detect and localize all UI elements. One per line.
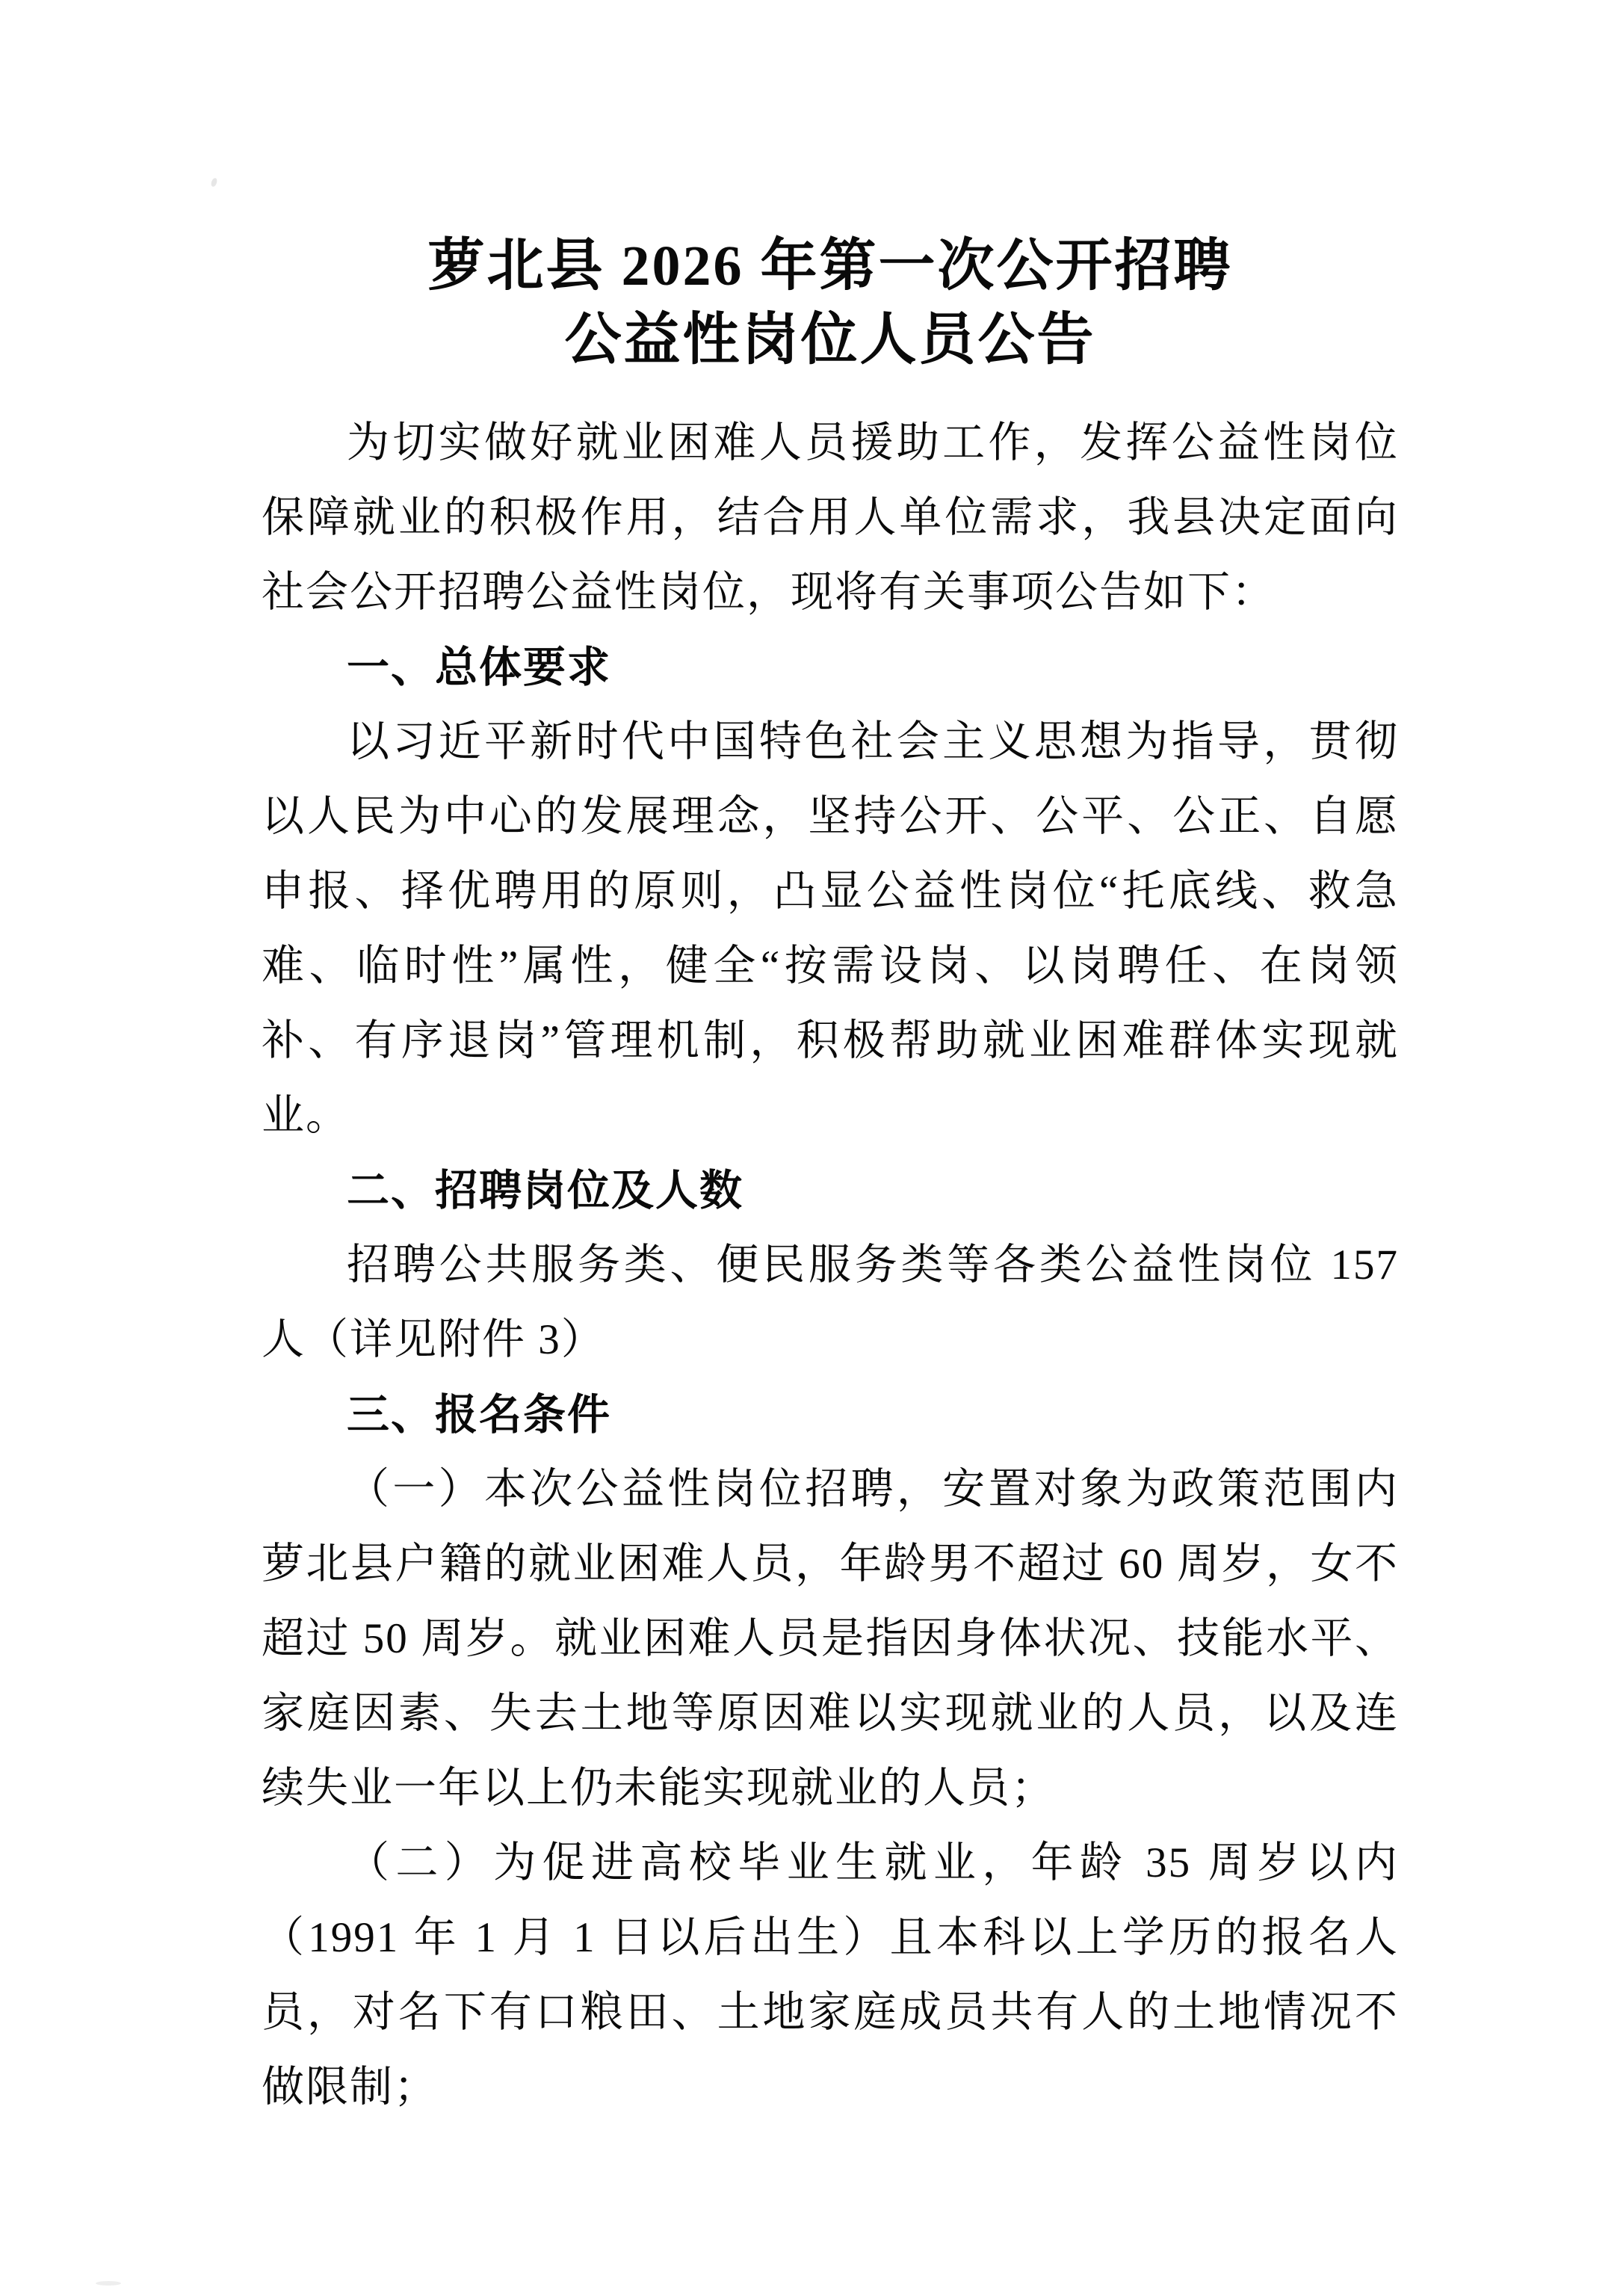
- paragraph-condition-1: （一）本次公益性岗位招聘，安置对象为政策范围内萝北县户籍的就业困难人员，年龄男不…: [262, 1452, 1399, 1826]
- scanned-document-page: 萝北县 2026 年第一次公开招聘 公益性岗位人员公告 为切实做好就业困难人员援…: [0, 0, 1623, 2296]
- paragraph-intro: 为切实做好就业困难人员援助工作，发挥公益性岗位保障就业的积极作用，结合用人单位需…: [262, 406, 1399, 630]
- document-title-line-2: 公益性岗位人员公告: [262, 303, 1399, 377]
- scan-artifact-speck: [96, 2281, 121, 2286]
- document-title-line-1: 萝北县 2026 年第一次公开招聘: [262, 229, 1399, 303]
- paragraph-section-1-body: 以习近平新时代中国特色社会主义思想为指导，贯彻以人民为中心的发展理念，坚持公开、…: [262, 705, 1399, 1153]
- paragraph-condition-2: （二）为促进高校毕业生就业，年龄 35 周岁以内（1991 年 1 月 1 日以…: [262, 1826, 1399, 2125]
- scan-artifact-speck: [210, 177, 218, 188]
- heading-section-3-application-conditions: 三、报名条件: [262, 1377, 1399, 1452]
- heading-section-1-overall-requirements: 一、总体要求: [262, 630, 1399, 705]
- document-body: 为切实做好就业困难人员援助工作，发挥公益性岗位保障就业的积极作用，结合用人单位需…: [262, 406, 1399, 2125]
- heading-section-2-positions-and-headcount: 二、招聘岗位及人数: [262, 1153, 1399, 1228]
- document-title: 萝北县 2026 年第一次公开招聘 公益性岗位人员公告: [262, 229, 1399, 377]
- paragraph-section-2-body: 招聘公共服务类、便民服务类等各类公益性岗位 157 人（详见附件 3）: [262, 1228, 1399, 1377]
